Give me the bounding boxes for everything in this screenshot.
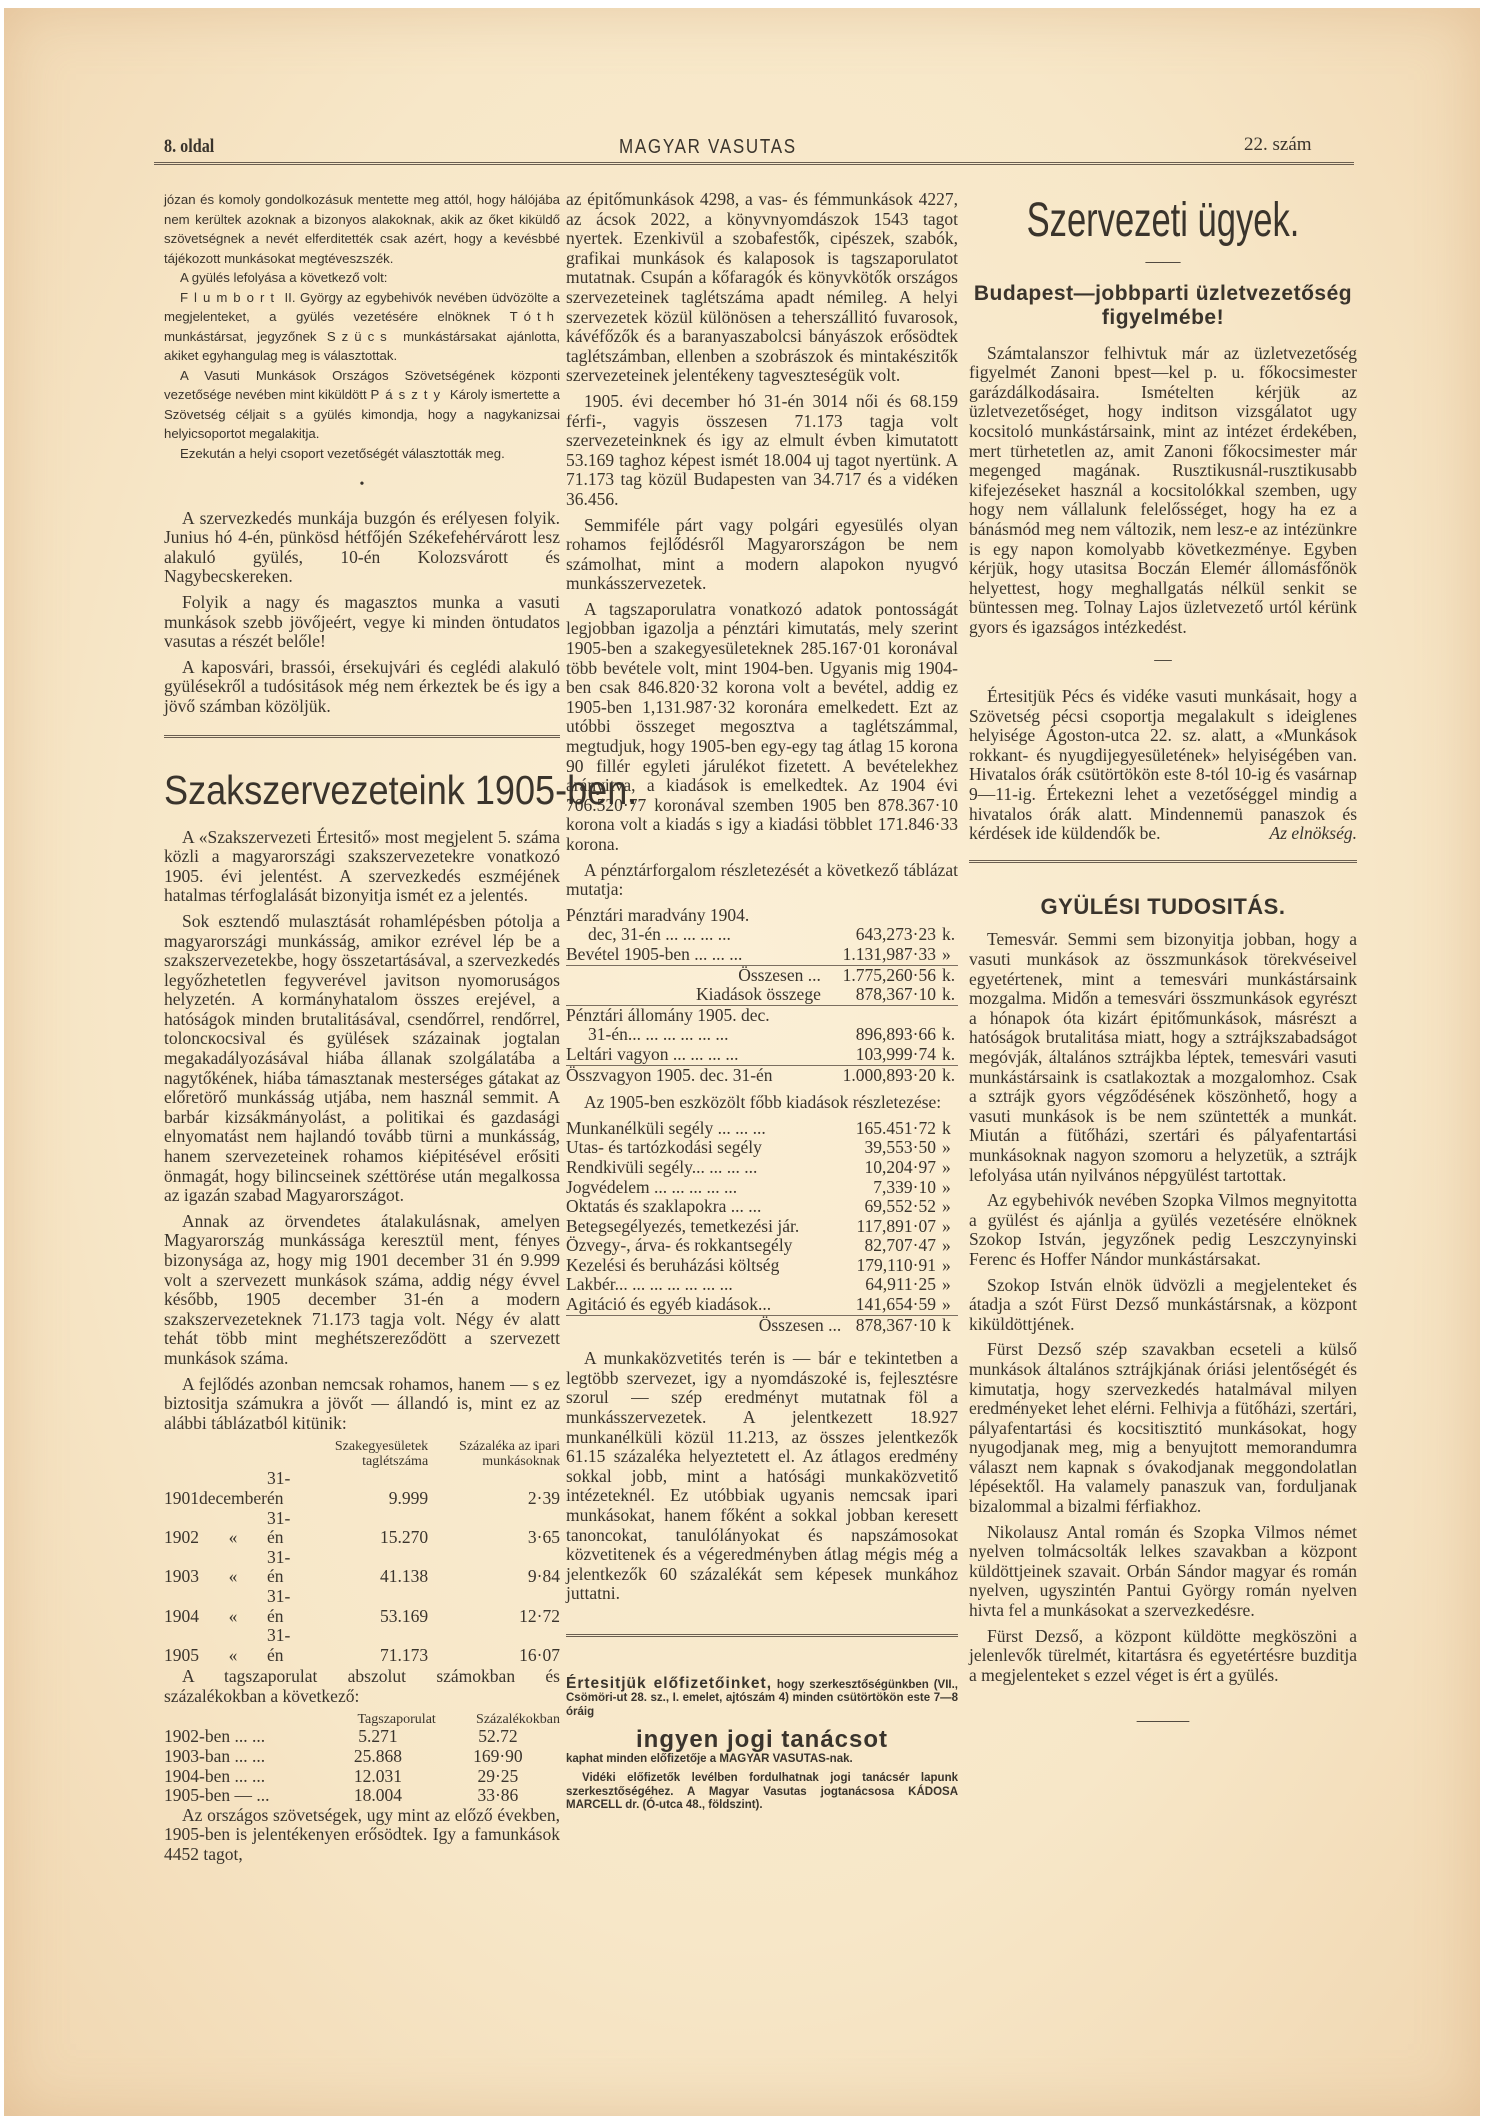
year-cell: 1903-ban ... ... [164, 1747, 320, 1767]
ledger-label: Munkanélküli segély ... ... ... [566, 1119, 841, 1139]
ledger-row: Betegsegélyezés, temetkezési jár.117,891… [566, 1217, 958, 1237]
separator-bullet: • [164, 475, 560, 495]
ledger-amount: 165.451·72 [841, 1119, 936, 1139]
ledger-amount [821, 906, 936, 926]
article-title: Szakszervezeteink 1905-ben. [164, 766, 512, 814]
ledger-row: Bevétel 1905-ben ... ... ...1.131,987·33… [566, 945, 958, 965]
paragraph: Az 1905-ben eszközölt főbb kiadások rész… [566, 1093, 958, 1113]
ledger-unit: » [936, 1217, 958, 1237]
year-cell: 1904-ben ... ... [164, 1767, 320, 1787]
ledger-unit: k [936, 1119, 958, 1139]
ledger-amount [821, 1005, 936, 1025]
ledger-label: Rendkivüli segély... ... ... ... [566, 1158, 841, 1178]
ledger-amount: 141,654·59 [841, 1295, 936, 1315]
ledger-row: Összvagyon 1905. dec. 31-én1.000,893·20k… [566, 1065, 958, 1085]
ledger-label: Oktatás és szaklapokra ... ... [566, 1197, 841, 1217]
ledger-unit: k. [936, 1065, 958, 1085]
ledger-label: Leltári vagyon ... ... ... ... [566, 1045, 821, 1065]
subscriber-notice: Értesitjük előfizetőinket, hogy szerkesz… [566, 1677, 958, 1813]
ledger-label: Összvagyon 1905. dec. 31-én [566, 1065, 821, 1085]
percent-cell: 169·90 [436, 1747, 560, 1767]
ledger-row: Utas- és tartózkodási segély39,553·50» [566, 1138, 958, 1158]
paragraph: Semmiféle párt vagy polgári egyesülés ol… [566, 516, 958, 594]
paragraph: A pénztárforgalom részletezését a követk… [566, 861, 958, 900]
person-name: Tóth [510, 309, 560, 324]
ledger-amount: 1.775,260·56 [821, 965, 936, 985]
members-cell: 9.999 [299, 1469, 428, 1508]
ledger-unit: k. [936, 1045, 958, 1065]
ledger-amount: 7,339·10 [841, 1178, 936, 1198]
table-row: 1902«31-én15.2703·65 [164, 1509, 560, 1548]
table-row: 1905«31-én71.17316·07 [164, 1626, 560, 1665]
newspaper-title: MAGYAR VASUTAS [619, 136, 797, 159]
ledger-row: Pénztári maradvány 1904. [566, 906, 958, 926]
ledger-label: Jogvédelem ... ... ... ... ... [566, 1178, 841, 1198]
paragraph: A kaposvári, brassói, érsekujvári és ceg… [164, 658, 560, 717]
table-row: 1905-ben — ...18.00433·86 [164, 1786, 560, 1806]
year-cell: 1903 [164, 1548, 199, 1587]
ledger-amount: 64,911·25 [841, 1275, 936, 1295]
person-name: Pászty [370, 387, 446, 402]
column-3: Szervezeti ügyek. —— Budapest—jobbparti … [969, 190, 1357, 1735]
notice-text: Vidéki előfizetők levélben fordulhatnak … [566, 1772, 958, 1813]
section-divider [566, 1634, 958, 1637]
person-name: Flumbort [180, 290, 280, 305]
notice-text: kaphat minden előfizetője a MAGYAR VASUT… [566, 1753, 958, 1767]
expenses-table: Munkanélküli segély ... ... ...165.451·7… [566, 1119, 958, 1336]
ledger-amount: 1.000,893·20 [821, 1065, 936, 1085]
percent-cell: 29·25 [436, 1767, 560, 1787]
ledger-row: Özvegy-, árva- és rokkantsegély82,707·47… [566, 1236, 958, 1256]
ledger-unit: » [936, 1236, 958, 1256]
ledger-label: Kiadások összege [566, 985, 821, 1005]
header-rule [154, 162, 1354, 165]
title-dash: —— [969, 252, 1357, 272]
ledger-label: Összesen ... [566, 965, 821, 985]
year-cell: 1902-ben ... ... [164, 1727, 320, 1747]
percent-cell: 2·39 [428, 1469, 560, 1508]
paragraph: A szervezkedés munkája buzgón és erélyes… [164, 509, 560, 587]
newspaper-page: 8. oldal MAGYAR VASUTAS 22. szám józan é… [4, 8, 1480, 2116]
percent-cell: 9·84 [428, 1548, 560, 1587]
ledger-row: Összesen ...878,367·10k [566, 1315, 958, 1335]
page-header: 8. oldal MAGYAR VASUTAS 22. szám [4, 134, 1480, 174]
month-cell: « [199, 1587, 267, 1626]
ledger-unit: » [936, 1138, 958, 1158]
growth-cell: 25.868 [320, 1747, 436, 1767]
paragraph: Annak az örvendetes átalakulásnak, amely… [164, 1212, 560, 1369]
ledger-amount: 103,999·74 [821, 1045, 936, 1065]
table-row: 1902-ben ... ...5.27152.72 [164, 1727, 560, 1747]
day-cell: 31-én [267, 1626, 299, 1665]
ledger-amount: 878,367·10 [821, 985, 936, 1005]
ledger-label: Utas- és tartózkodási segély [566, 1138, 841, 1158]
day-cell: 31-én [267, 1548, 299, 1587]
ledger-label: Pénztári állomány 1905. dec. [566, 1005, 821, 1025]
table-row: 1901december31-én9.9992·39 [164, 1469, 560, 1508]
ledger-label: dec, 31-én ... ... ... ... [566, 925, 821, 945]
growth-cell: 5.271 [320, 1727, 436, 1747]
ledger-unit: k. [936, 985, 958, 1005]
table-row: 1903-ban ... ...25.868169·90 [164, 1747, 560, 1767]
ledger-amount: 10,204·97 [841, 1158, 936, 1178]
ledger-row: 31-én... ... ... ... ... ...896,893·66k. [566, 1025, 958, 1045]
month-cell: « [199, 1548, 267, 1587]
article-subtitle: Budapest—jobbparti üzletvezetőség figyel… [969, 282, 1357, 330]
ledger-unit: » [936, 945, 958, 965]
ledger-unit: » [936, 1295, 958, 1315]
paragraph: A Vasuti Munkások Országos Szövetségének… [164, 366, 560, 444]
ledger-unit: k [936, 1315, 958, 1335]
percent-cell: 12·72 [428, 1587, 560, 1626]
section-divider [164, 735, 560, 738]
ledger-amount: 117,891·07 [841, 1217, 936, 1237]
ledger-unit: k. [936, 1025, 958, 1045]
paragraph: A «Szakszervezeti Értesitő» most megjele… [164, 828, 560, 906]
notice-heading: Értesitjük előfizetőinket, [566, 1675, 772, 1692]
ledger-unit: k. [936, 965, 958, 985]
paragraph: Szokop István elnök üdvözli a megjelente… [969, 1276, 1357, 1335]
paragraph: Értesitjük Pécs és vidéke vasuti munkása… [969, 687, 1357, 844]
ledger-amount: 1.131,987·33 [821, 945, 936, 965]
ledger-row: Kiadások összege878,367·10k. [566, 985, 958, 1005]
paragraph: Sok esztendő mulasztását rohamlépésben p… [164, 912, 560, 1206]
ledger-row: Jogvédelem ... ... ... ... ...7,339·10» [566, 1178, 958, 1198]
paragraph: Flumbort II. György az egybehivók nevébe… [164, 288, 560, 366]
person-name: Szücs [327, 329, 393, 344]
ledger-row: Lakbér... ... ... ... ... ... ...64,911·… [566, 1275, 958, 1295]
month-cell: « [199, 1509, 267, 1548]
paragraph: józan és komoly gondolkozásuk mentette m… [164, 190, 560, 268]
year-cell: 1901 [164, 1469, 199, 1508]
ledger-label: Kezelési és beruházási költség [566, 1256, 841, 1276]
day-cell: 31-én [267, 1469, 299, 1508]
ledger-unit: » [936, 1275, 958, 1295]
separator-dash: — [969, 650, 1357, 670]
ledger-label: Özvegy-, árva- és rokkantsegély [566, 1236, 841, 1256]
ledger-amount: 643,273·23 [821, 925, 936, 945]
year-cell: 1902 [164, 1509, 199, 1548]
cash-table: Pénztári maradvány 1904.dec, 31-én ... .… [566, 906, 958, 1085]
ledger-unit: » [936, 1158, 958, 1178]
notice-highlight: ingyen jogi tanácsot [566, 1733, 958, 1747]
issue-number: 22. szám [1244, 134, 1312, 156]
ledger-row: Összesen ...1.775,260·56k. [566, 965, 958, 985]
ledger-amount: 896,893·66 [821, 1025, 936, 1045]
growth-cell: 18.004 [320, 1786, 436, 1806]
end-rule: ——— [969, 1711, 1357, 1731]
day-cell: 31-én [267, 1509, 299, 1548]
year-cell: 1904 [164, 1587, 199, 1626]
year-cell: 1905-ben — ... [164, 1786, 320, 1806]
ledger-amount: 179,110·91 [841, 1256, 936, 1276]
column-1: józan és komoly gondolkozásuk mentette m… [164, 190, 560, 1871]
members-cell: 53.169 [299, 1587, 428, 1626]
paragraph: A gyülés lefolyása a következő volt: [164, 268, 560, 288]
ledger-label: Pénztári maradvány 1904. [566, 906, 821, 926]
percent-cell: 3·65 [428, 1509, 560, 1548]
paragraph: A tagszaporulat abszolut számokban és sz… [164, 1667, 560, 1706]
members-cell: 15.270 [299, 1509, 428, 1548]
section-title: Szervezeti ügyek. [1023, 194, 1302, 248]
paragraph: Nikolausz Antal román és Szopka Vilmos n… [969, 1523, 1357, 1621]
paragraph: az épitőmunkások 4298, a vas- és fémmunk… [566, 190, 958, 386]
ledger-amount: 878,367·10 [841, 1315, 936, 1335]
year-cell: 1905 [164, 1626, 199, 1665]
percent-cell: 33·86 [436, 1786, 560, 1806]
ledger-unit: » [936, 1256, 958, 1276]
paragraph: Folyik a nagy és magasztos munka a vasut… [164, 593, 560, 652]
table-header: Százaléka az ipari munkásoknak [428, 1439, 560, 1469]
report-title: GYÜLÉSI TUDOSITÁS. [969, 897, 1357, 917]
paragraph: Az egybehivók nevében Szopka Vilmos megn… [969, 1191, 1357, 1269]
table-header: Szakegyesületek taglétszáma [299, 1439, 428, 1469]
growth-table: Tagszaporulat Százalékokban 1902-ben ...… [164, 1712, 560, 1805]
ledger-label: Bevétel 1905-ben ... ... ... [566, 945, 821, 965]
ledger-label: Összesen ... [566, 1315, 841, 1335]
table-row: 1904-ben ... ...12.03129·25 [164, 1767, 560, 1787]
percent-cell: 16·07 [428, 1626, 560, 1665]
ledger-unit: » [936, 1197, 958, 1217]
members-cell: 41.138 [299, 1548, 428, 1587]
page-number: 8. oldal [164, 136, 214, 158]
ledger-unit: » [936, 1178, 958, 1198]
paragraph: 1905. évi december hó 31-én 3014 női és … [566, 392, 958, 510]
ledger-row: dec, 31-én ... ... ... ...643,273·23k. [566, 925, 958, 945]
ledger-label: Betegsegélyezés, temetkezési jár. [566, 1217, 841, 1237]
paragraph: Fürst Dezső, a központ küldötte megköszö… [969, 1627, 1357, 1686]
ledger-amount: 39,553·50 [841, 1138, 936, 1158]
membership-table: Szakegyesületek taglétszáma Százaléka az… [164, 1439, 560, 1665]
table-row: 1904«31-én53.16912·72 [164, 1587, 560, 1626]
section-divider [969, 860, 1357, 863]
paragraph: Az országos szövetségek, ugy mint az elő… [164, 1806, 560, 1865]
ledger-row: Oktatás és szaklapokra ... ...69,552·52» [566, 1197, 958, 1217]
signature: Az elnökség. [1252, 824, 1357, 844]
nagykanizsa-report: józan és komoly gondolkozásuk mentette m… [164, 190, 560, 463]
paragraph: Ezekután a helyi csoport vezetőségét vál… [164, 444, 560, 464]
paragraph: Számtalanszor felhivtuk már az üzletveze… [969, 344, 1357, 638]
table-header: Százalékokban [436, 1712, 560, 1727]
month-cell: « [199, 1626, 267, 1665]
day-cell: 31-én [267, 1587, 299, 1626]
ledger-row: Pénztári állomány 1905. dec. [566, 1005, 958, 1025]
table-header: Tagszaporulat [320, 1712, 436, 1727]
ledger-row: Kezelési és beruházási költség179,110·91… [566, 1256, 958, 1276]
ledger-row: Munkanélküli segély ... ... ...165.451·7… [566, 1119, 958, 1139]
ledger-row: Rendkivüli segély... ... ... ...10,204·9… [566, 1158, 958, 1178]
paragraph: A fejlődés azonban nemcsak rohamos, hane… [164, 1375, 560, 1434]
paragraph: Temesvár. Semmi sem bizonyitja jobban, h… [969, 930, 1357, 1185]
paragraph: A tagszaporulatra vonatkozó adatok ponto… [566, 600, 958, 855]
ledger-amount: 82,707·47 [841, 1236, 936, 1256]
ledger-unit: k. [936, 925, 958, 945]
paragraph: Fürst Dezső szép szavakban ecseteli a kü… [969, 1340, 1357, 1516]
ledger-label: Agitáció és egyéb kiadások... [566, 1295, 841, 1315]
ledger-row: Leltári vagyon ... ... ... ...103,999·74… [566, 1045, 958, 1065]
members-cell: 71.173 [299, 1626, 428, 1665]
month-cell: december [199, 1469, 267, 1508]
ledger-label: Lakbér... ... ... ... ... ... ... [566, 1275, 841, 1295]
ledger-row: Agitáció és egyéb kiadások...141,654·59» [566, 1295, 958, 1315]
ledger-unit [936, 906, 958, 926]
percent-cell: 52.72 [436, 1727, 560, 1747]
table-row: 1903«31-én41.1389·84 [164, 1548, 560, 1587]
paragraph: A munkaközvetités terén is — bár e tekin… [566, 1349, 958, 1604]
ledger-amount: 69,552·52 [841, 1197, 936, 1217]
ledger-unit [936, 1005, 958, 1025]
column-2: az épitőmunkások 4298, a vas- és fémmunk… [566, 190, 958, 1813]
ledger-label: 31-én... ... ... ... ... ... [566, 1025, 821, 1045]
growth-cell: 12.031 [320, 1767, 436, 1787]
